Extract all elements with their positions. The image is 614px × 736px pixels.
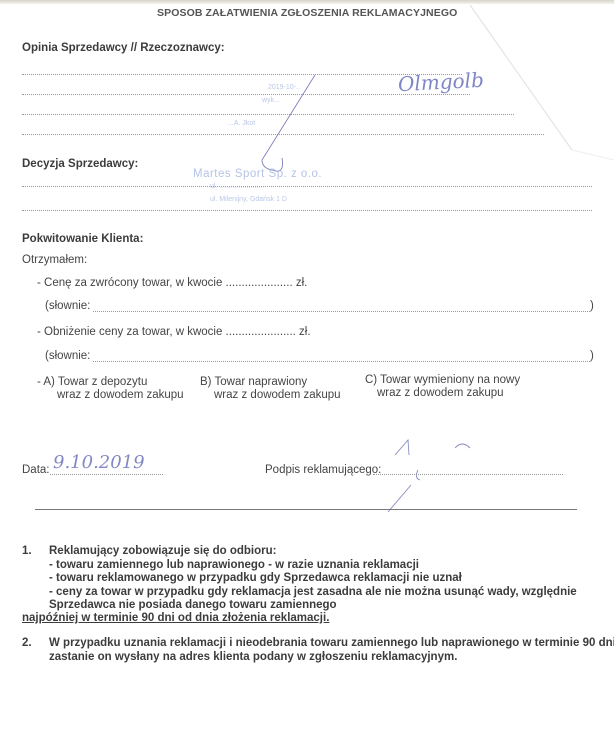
opinion-line-1[interactable] (22, 74, 462, 75)
decision-line-2[interactable] (22, 210, 592, 211)
note-2: W przypadku uznania reklamacji i nieodeb… (49, 637, 614, 664)
option-a[interactable]: - A) Towar z depozytu wraz z dowodem zak… (37, 376, 184, 402)
signature-stroke (0, 0, 614, 736)
note-2-number: 2. (22, 637, 32, 651)
stamp-company: Martes Sport Sp. z o.o. (193, 168, 322, 180)
option-a-line-1: - A) Towar z depozytu (37, 376, 184, 389)
opinion-line-4[interactable] (22, 134, 544, 135)
received-label: Otrzymałem: (22, 254, 87, 266)
option-b-line-1: B) Towar naprawiony (200, 376, 341, 389)
stamp-note-2: ...A. Jkot (228, 120, 255, 127)
note-1-heading: Reklamujący zobowiązuje się do odbioru: (49, 545, 577, 559)
paper-top-edge (0, 0, 614, 4)
note-1-item-1: - towaru zamiennego lub naprawionego - w… (49, 559, 577, 573)
decision-label: Decyzja Sprzedawcy: (22, 158, 138, 170)
stamp-date-line: 2019-10-.. (268, 84, 300, 91)
section-divider (35, 509, 577, 510)
option-b[interactable]: B) Towar naprawiony wraz z dowodem zakup… (200, 376, 341, 402)
in-words-2-field[interactable] (93, 361, 590, 362)
note-1-item-4: Sprzedawca nie posiada danego towaru zam… (49, 599, 577, 613)
date-label: Data: (22, 464, 50, 476)
opinion-signature: Olmgolb (397, 68, 484, 96)
in-words-1-open: (słownie: (45, 300, 90, 312)
opinion-label: Opinia Sprzedawcy // Rzeczoznawcy: (22, 42, 225, 54)
in-words-1-close: ) (590, 300, 594, 312)
price-reduction-field[interactable]: - Obniżenie ceny za towar, w kwocie ....… (37, 326, 311, 338)
in-words-2-close: ) (590, 350, 594, 362)
date-field-line[interactable] (50, 474, 163, 475)
receipt-label: Pokwitowanie Klienta: (22, 233, 143, 245)
option-c-line-2: wraz z dowodem zakupu (365, 387, 520, 400)
note-1: Reklamujący zobowiązuje się do odbioru: … (49, 545, 577, 613)
decision-line-1[interactable] (22, 186, 592, 187)
note-2-line-1: W przypadku uznania reklamacji i nieodeb… (49, 637, 614, 651)
price-returned-field[interactable]: - Cenę za zwrócony towar, w kwocie .....… (37, 277, 307, 289)
form-title: SPOSOB ZAŁATWIENIA ZGŁOSZENIA REKLAMACYJ… (157, 7, 457, 19)
stamp-note: wyk... (262, 97, 280, 104)
signature-label: Podpis reklamującego: (265, 464, 381, 476)
note-2-line-2: zastanie on wysłany na adres klienta pod… (49, 651, 614, 665)
note-1-item-3: - ceny za towar w przypadku gdy reklamac… (49, 586, 577, 600)
date-value[interactable]: 9.10.2019 (53, 452, 145, 473)
stamp-address-line-2: ul. Milenijny, Gdańsk 1 D (210, 196, 287, 203)
signature-field-line[interactable] (373, 474, 563, 475)
scanned-form-page: SPOSOB ZAŁATWIENIA ZGŁOSZENIA REKLAMACYJ… (0, 0, 614, 736)
option-a-line-2: wraz z dowodem zakupu (37, 389, 184, 402)
note-1-number: 1. (22, 545, 32, 559)
option-c-line-1: C) Towar wymieniony na nowy (365, 374, 520, 387)
option-b-line-2: wraz z dowodem zakupu (200, 389, 341, 402)
in-words-1-field[interactable] (93, 311, 590, 312)
option-c[interactable]: C) Towar wymieniony na nowy wraz z dowod… (365, 374, 520, 400)
opinion-line-3[interactable] (22, 114, 514, 115)
folded-corner-edge (0, 0, 614, 736)
in-words-2-open: (słownie: (45, 350, 90, 362)
note-1-deadline: najpóźniej w terminie 90 dni od dnia zło… (22, 612, 329, 626)
note-1-item-2: - towaru reklamowanego w przypadku gdy S… (49, 572, 577, 586)
